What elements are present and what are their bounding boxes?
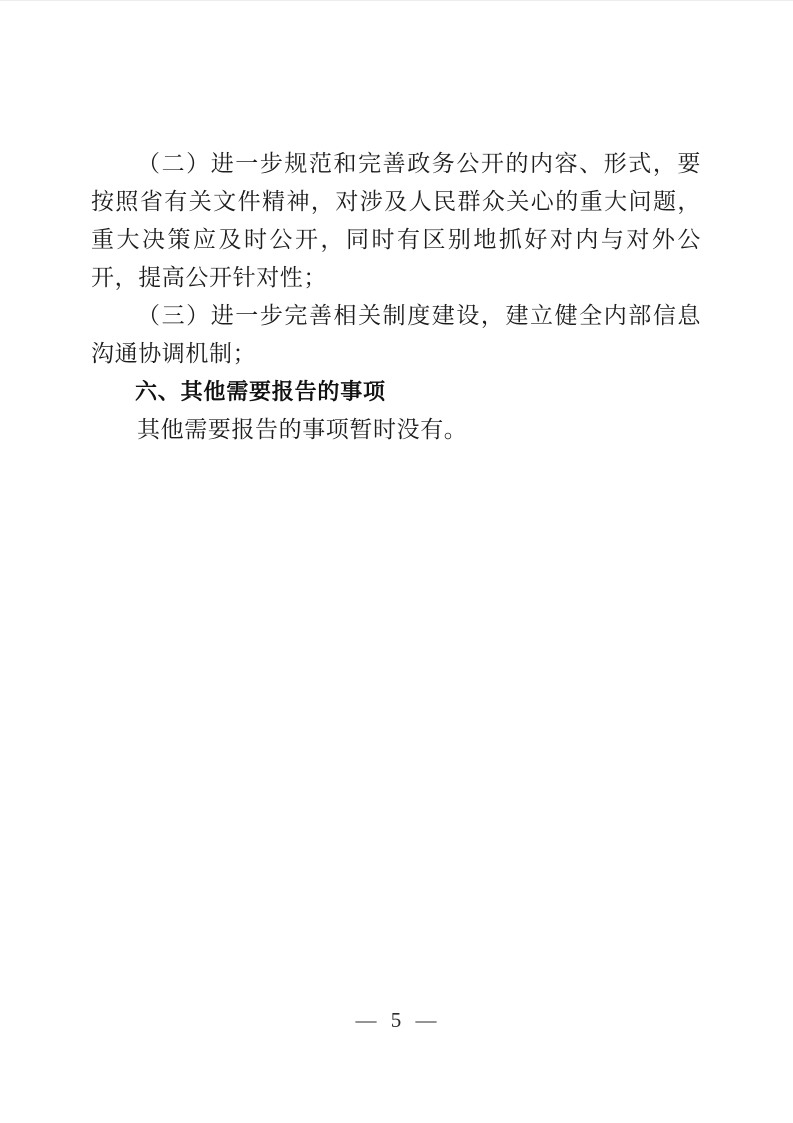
- document-page: （二）进一步规范和完善政务公开的内容、形式，要按照省有关文件精神，对涉及人民群众…: [0, 0, 793, 1123]
- paragraph-item-3: （三）进一步完善相关制度建设，建立健全内部信息沟通协调机制；: [91, 297, 701, 373]
- section-heading-6: 六、其他需要报告的事项: [91, 373, 701, 411]
- document-body: （二）进一步规范和完善政务公开的内容、形式，要按照省有关文件精神，对涉及人民群众…: [91, 145, 701, 449]
- paragraph-item-2: （二）进一步规范和完善政务公开的内容、形式，要按照省有关文件精神，对涉及人民群众…: [91, 145, 701, 297]
- page-number: — 5 —: [0, 1007, 793, 1033]
- paragraph-other-items: 其他需要报告的事项暂时没有。: [91, 411, 701, 449]
